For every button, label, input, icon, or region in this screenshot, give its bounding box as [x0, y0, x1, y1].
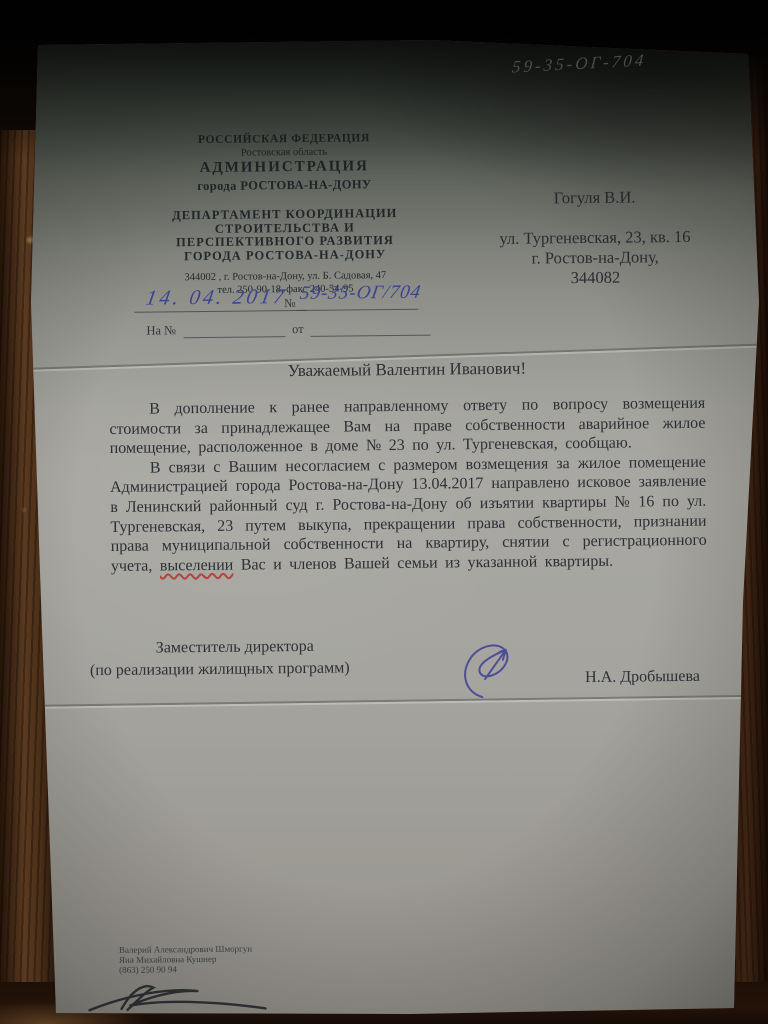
department-line-4: ГОРОДА РОСТОВА-НА-ДОНУ — [118, 247, 453, 264]
letterhead-block: РОССИЙСКАЯ ФЕДЕРАЦИЯ Ростовская область … — [116, 131, 453, 296]
recipient-street: ул. Тургеневская, 23, кв. 16 — [472, 227, 717, 250]
paragraph-2: В связи с Вашим несогласием с размером в… — [110, 453, 707, 577]
footer-contacts: Валерий Александрович Шморгун Яна Михайл… — [119, 944, 253, 975]
letterhead-department: ДЕПАРТАМЕНТ КООРДИНАЦИИ СТРОИТЕЛЬСТВА И … — [117, 206, 453, 264]
reply-date-blank-line — [311, 322, 431, 337]
executor-phone: (863) 250 90 94 — [119, 964, 252, 975]
handwritten-date: 14. 04. 2017 — [144, 284, 289, 311]
number-underline — [296, 309, 418, 311]
recipient-name: Гогуля В.И. — [472, 187, 717, 210]
bottom-ink-scribble — [83, 977, 283, 1019]
signer-title-line-1: Заместитель директора — [156, 638, 314, 658]
handwritten-outgoing-number: 59-35-ОГ/704 — [298, 282, 423, 305]
paper-document: РОССИЙСКАЯ ФЕДЕРАЦИЯ Ростовская область … — [30, 40, 760, 1015]
letterhead-country: РОССИЙСКАЯ ФЕДЕРАЦИЯ — [116, 131, 451, 147]
reply-number-blank-line — [183, 323, 285, 338]
photo-of-letter: РОССИЙСКАЯ ФЕДЕРАЦИЯ Ростовская область … — [0, 0, 768, 1024]
salutation: Уважаемый Валентин Иванович! — [109, 357, 705, 383]
red-underlined-word: выселении — [160, 556, 234, 574]
paragraph-1: В дополнение к ранее направленному ответ… — [109, 394, 706, 459]
letterhead-administration: АДМИНИСТРАЦИЯ — [117, 157, 452, 178]
signer-title-line-2: (по реализации жилищных программ) — [90, 659, 350, 680]
reply-number-label: На № — [146, 323, 176, 338]
letterhead-city: города РОСТОВА-НА-ДОНУ — [117, 176, 452, 195]
paragraph-2-tail: Вас и членов Вашей семьи из указанной кв… — [233, 552, 613, 573]
number-sign-label: № — [284, 296, 296, 311]
letter-content: РОССИЙСКАЯ ФЕДЕРАЦИЯ Ростовская область … — [25, 36, 765, 1019]
executor-name-1: Валерий Александрович Шморгун — [119, 944, 252, 955]
letter-body: Уважаемый Валентин Иванович! В дополнени… — [109, 357, 707, 577]
signer-name: Н.А. Дробышева — [585, 668, 700, 687]
recipient-postal-code: 344082 — [473, 267, 718, 290]
reply-from-label: от — [292, 322, 304, 337]
recipient-city: г. Ростов-на-Дону, — [473, 247, 718, 270]
recipient-block: Гогуля В.И. ул. Тургеневская, 23, кв. 16… — [472, 187, 718, 290]
reply-reference-row: На № от — [146, 321, 430, 339]
